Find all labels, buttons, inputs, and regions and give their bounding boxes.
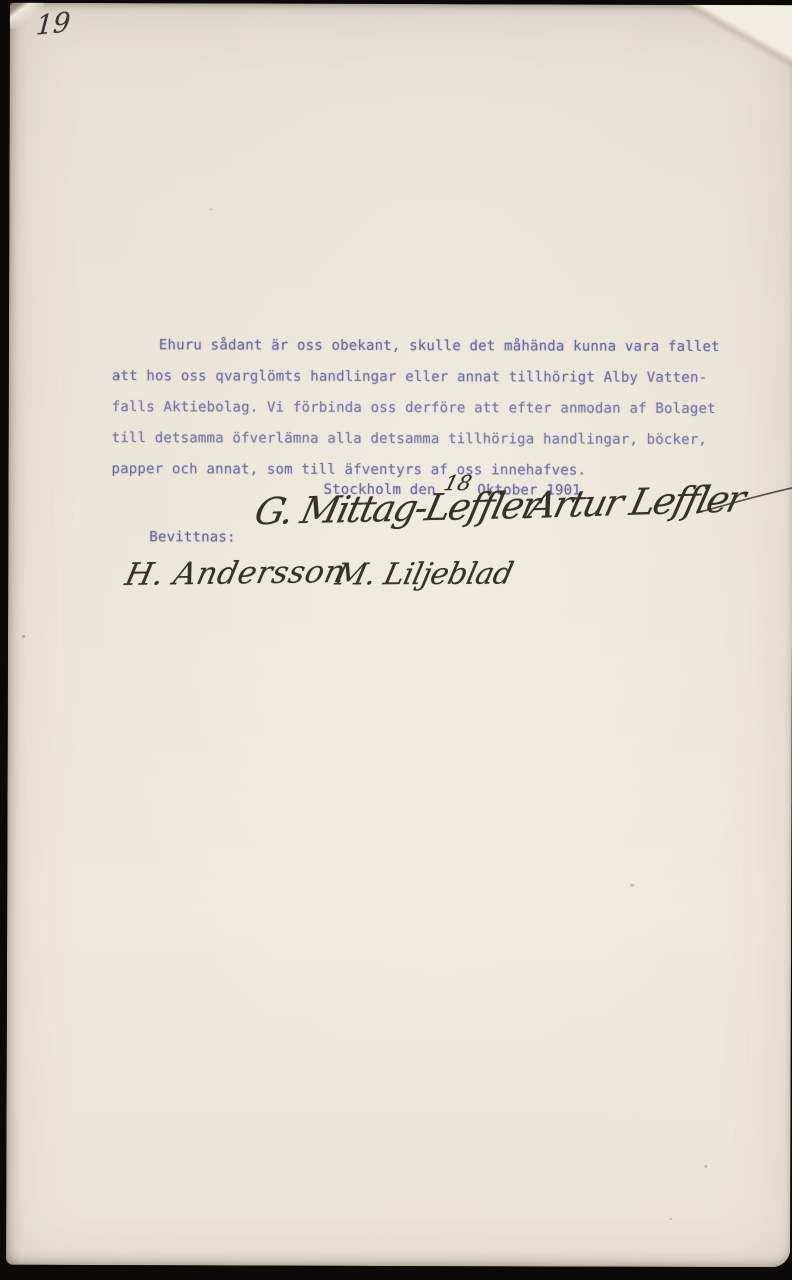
paper-speck	[117, 375, 120, 378]
witness-signature-liljeblad: M. Liljeblad	[332, 557, 516, 593]
paper-speck	[704, 1165, 707, 1168]
witness-signature-andersson: H. Andersson	[122, 554, 349, 593]
body-line: till detsamma öfverlämna alla detsamma t…	[112, 423, 722, 456]
witness-label: Bevittnas:	[149, 529, 235, 545]
paper-sheet: 19 Ehuru sådant är oss obekant, skulle d…	[6, 3, 792, 1267]
scanned-document: 19 Ehuru sådant är oss obekant, skulle d…	[0, 0, 792, 1280]
signature-mittag-leffler: G. Mittag-Leffler	[251, 484, 543, 533]
body-line: att hos oss qvarglömts handlingar eller …	[112, 361, 722, 394]
body-line: Ehuru sådant är oss obekant, skulle det …	[112, 330, 722, 363]
paper-speck	[669, 1218, 672, 1220]
paper-speck	[209, 208, 212, 210]
paper-speck	[630, 884, 634, 887]
letter-body: Ehuru sådant är oss obekant, skulle det …	[111, 330, 721, 487]
paper-corner-fold	[684, 5, 792, 67]
body-line: falls Aktiebolag. Vi förbinda oss derför…	[112, 392, 722, 425]
signature-artur-leffler: Artur Leffler	[524, 477, 748, 527]
page-number: 19	[35, 7, 71, 42]
paper-speck	[22, 635, 25, 638]
